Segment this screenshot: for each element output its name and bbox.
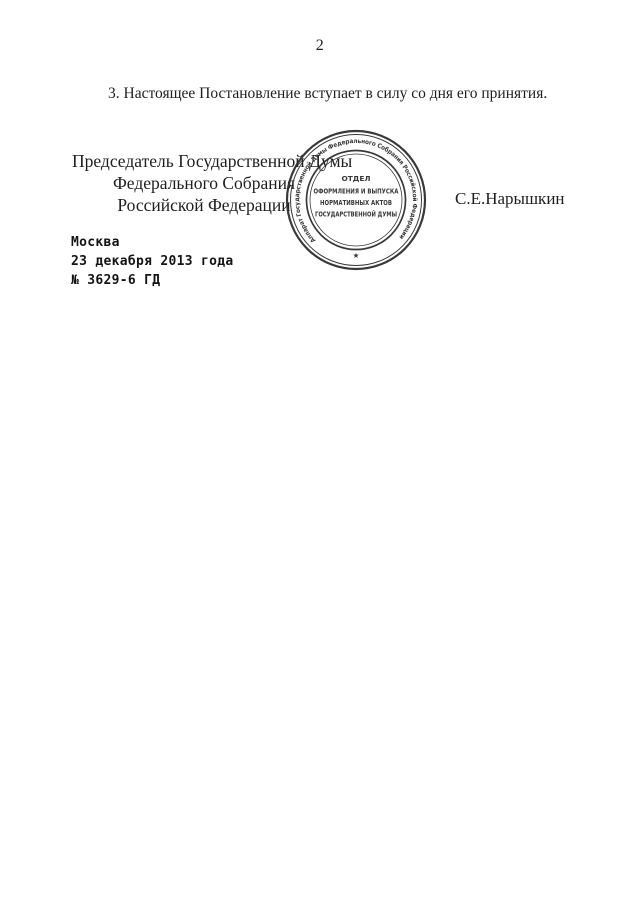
document-page: 2 3. Настоящее Постановление вступает в …: [0, 0, 640, 905]
duma-seal-stamp-icon: Аппарат Государственной Думы Федеральног…: [284, 128, 428, 272]
stamp-center-line-2: ОФОРМЛЕНИЯ И ВЫПУСКА: [314, 187, 399, 196]
issue-number: № 3629-6 ГД: [71, 271, 234, 290]
stamp-center-line-1: ОТДЕЛ: [341, 174, 370, 183]
clause-3-paragraph: 3. Настоящее Постановление вступает в си…: [72, 85, 582, 103]
signatory-name: С.Е.Нарышкин: [455, 189, 565, 209]
page-number: 2: [0, 37, 640, 55]
signatory-title-line-3: Российской Федерации: [117, 195, 290, 216]
stamp-star-icon: ★: [353, 251, 360, 260]
issue-date: 23 декабря 2013 года: [71, 252, 234, 271]
issue-block: Москва 23 декабря 2013 года № 3629-6 ГД: [71, 233, 234, 290]
stamp-center-line-3: НОРМАТИВНЫХ АКТОВ: [320, 198, 392, 207]
signatory-title-line-2: Федерального Собрания: [113, 173, 295, 194]
issue-city: Москва: [71, 233, 234, 252]
stamp-center-line-4: ГОСУДАРСТВЕННОЙ ДУМЫ: [315, 210, 397, 219]
stamp-center-text: ОТДЕЛ ОФОРМЛЕНИЯ И ВЫПУСКА НОРМАТИВНЫХ А…: [314, 174, 399, 260]
